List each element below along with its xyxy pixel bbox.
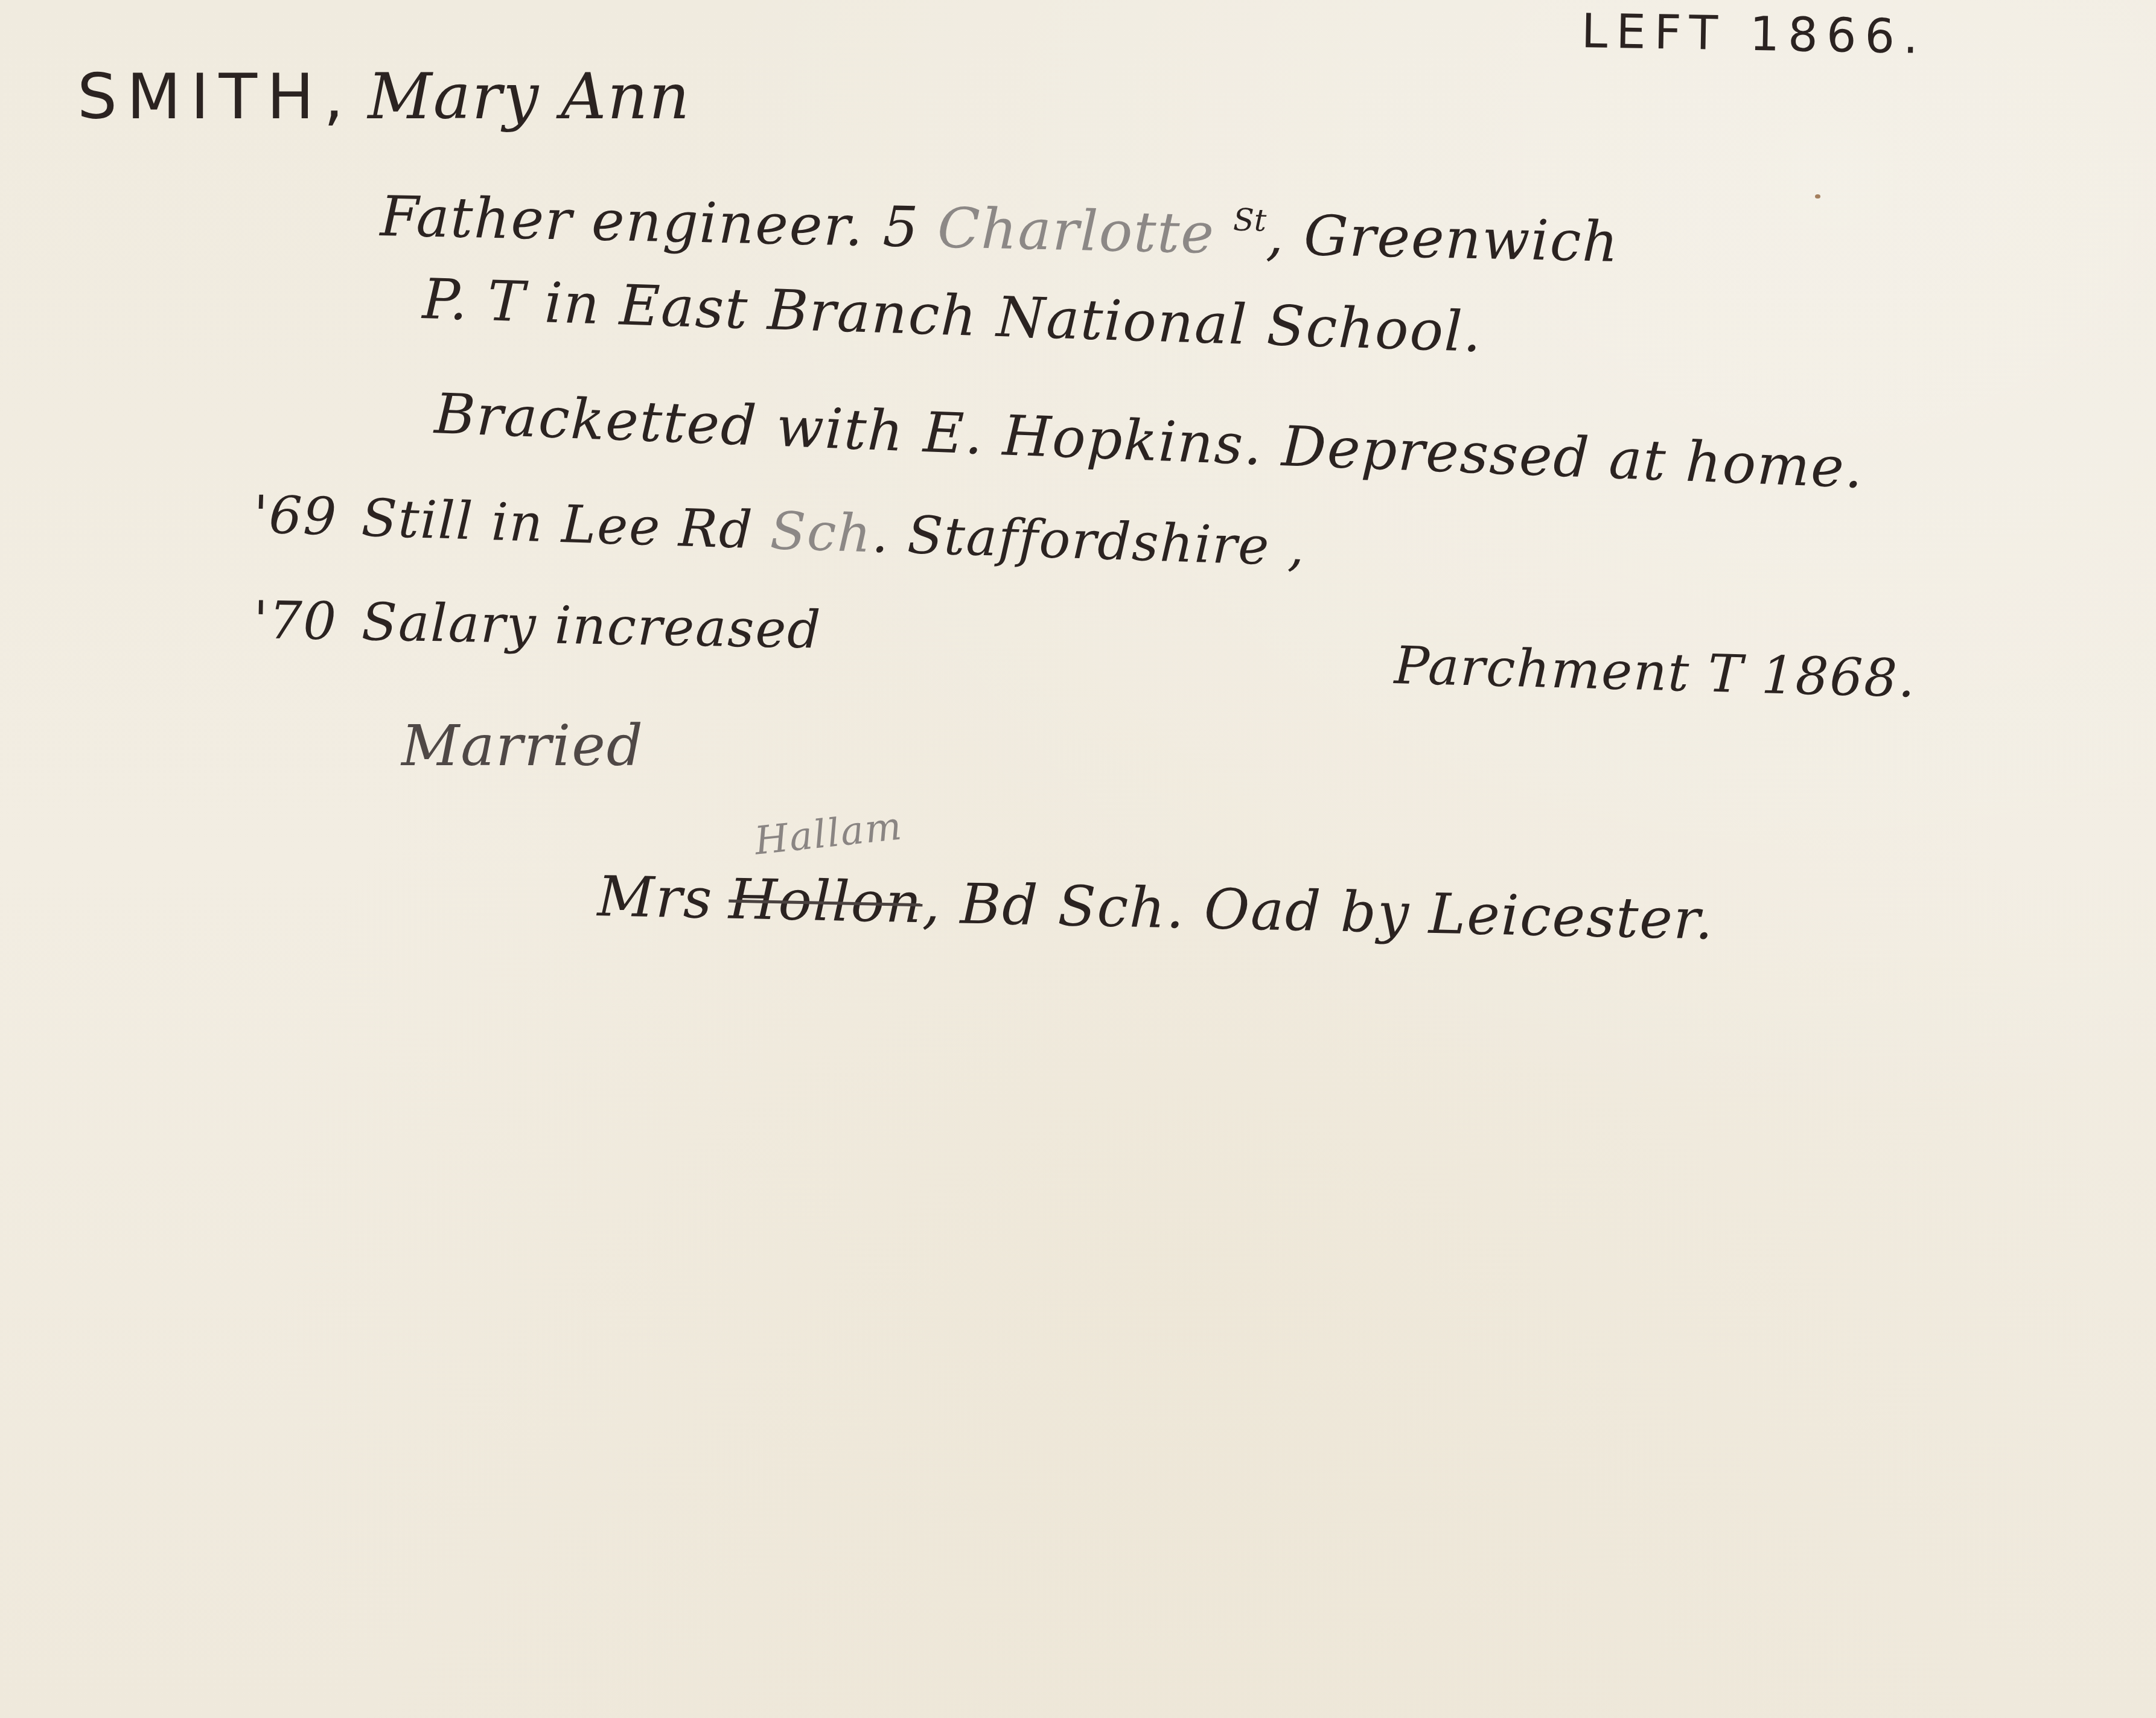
forenames: Mary Ann	[368, 60, 690, 133]
entry-text: Still in Lee Rd	[360, 488, 754, 561]
struck-out-name: Hollon	[728, 867, 923, 936]
school-location: Sch. Oad by Leicester.	[1038, 873, 1715, 952]
name-correction: Hallam	[753, 807, 904, 861]
year-label: '70	[253, 590, 338, 652]
town: , Greenwich	[1266, 203, 1620, 275]
street-name-faint: Charlotte	[937, 196, 1216, 266]
entry-pupil-teacher: P. T in East Branch National School.	[422, 272, 1484, 360]
entry-bracketted: Bracketted with E. Hopkins. Depressed at…	[433, 386, 1865, 497]
father-occupation-address: Father engineer. 5	[380, 184, 920, 260]
record-card: LEFT 1866. SMITH,Mary Ann Father enginee…	[0, 0, 2156, 1718]
left-date-stamp: LEFT 1866.	[1581, 8, 1927, 61]
entry-text: Salary increased	[361, 592, 822, 660]
school-type: , Bd	[922, 871, 1039, 938]
entry-text-county: . Staffordshire ,	[871, 504, 1307, 578]
subject-name: SMITH,Mary Ann	[77, 65, 690, 128]
entry-married: Married	[401, 718, 644, 775]
entry-father: Father engineer. 5CharlotteSt, Greenwich	[380, 187, 1620, 270]
surname: SMITH,	[77, 60, 353, 133]
title-prefix: Mrs	[597, 864, 714, 931]
paper-speck	[1815, 194, 1820, 199]
entry-1869: '69Still in Lee RdSch. Staffordshire ,	[253, 489, 1307, 574]
entry-parchment: Parchment T 1868.	[1394, 640, 1917, 705]
year-label: '69	[252, 485, 338, 547]
school-abbrev-faint: Sch	[770, 501, 873, 564]
street-abbrev: St	[1233, 202, 1267, 238]
entry-1870: '70Salary increased	[253, 594, 822, 656]
entry-married-name: MrsHollon, Bd Sch. Oad by Leicester.	[597, 869, 1715, 948]
